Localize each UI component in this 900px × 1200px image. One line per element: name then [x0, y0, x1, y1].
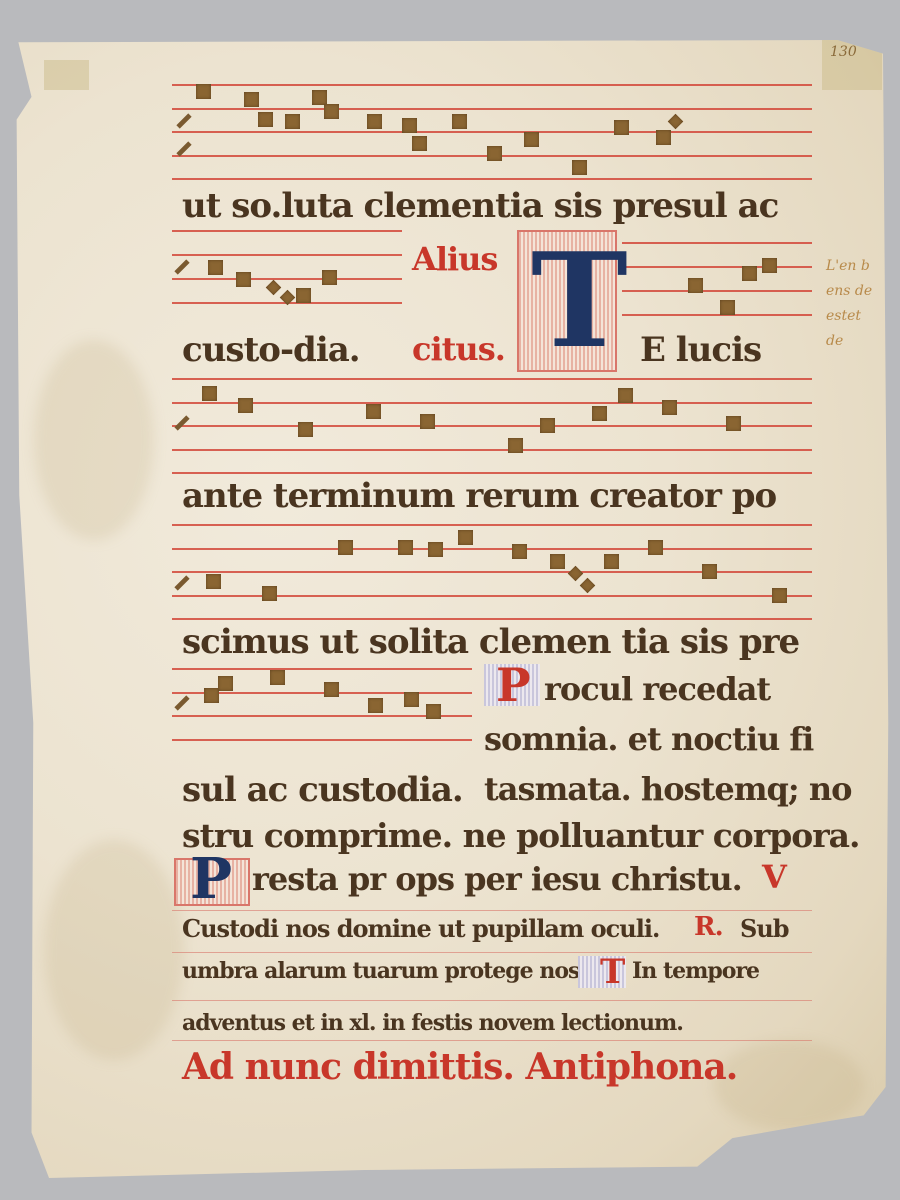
initial-letter: T — [531, 224, 628, 377]
initial-letter: P — [190, 846, 232, 912]
music-staff — [172, 378, 812, 478]
text-line: Custodi nos domine ut pupillam oculi. — [182, 914, 659, 943]
versicle-symbol: V — [762, 858, 786, 896]
music-staff — [172, 524, 812, 624]
ruling-line — [172, 1040, 812, 1041]
lyric-line: somnia. et noctiu fi — [484, 720, 813, 758]
lyric-line: rocul recedat — [544, 670, 770, 708]
margin-note-line: ens de — [826, 279, 872, 304]
text-line: adventus et in xl. in festis novem lecti… — [182, 1010, 683, 1036]
lyric-line: sul ac custodia. — [182, 770, 463, 810]
lyric-line: ante terminum rerum creator po — [182, 476, 776, 516]
lyric-line: custo-dia. — [182, 330, 360, 370]
rubric-heading: Ad nunc dimittis. Antiphona. — [182, 1046, 737, 1088]
illuminated-initial-p: P — [174, 858, 250, 906]
margin-note-line: de — [826, 329, 872, 354]
lyric-line: stru comprime. ne polluantur corpora. — [182, 816, 860, 855]
ruling-line — [172, 1000, 812, 1001]
ruling-line — [172, 952, 812, 953]
lyric-line: tasmata. hostemq; no — [484, 770, 851, 808]
lyric-line: scimus ut solita clemen tia sis pre — [182, 622, 799, 662]
text-line: Sub — [740, 914, 789, 943]
music-staff — [172, 668, 472, 748]
initial-letter: T — [600, 952, 625, 992]
initial-letter: P — [496, 658, 531, 712]
illuminated-initial-t: T — [517, 230, 617, 372]
response-symbol: R. — [694, 912, 723, 942]
rubric-text: Alius — [412, 240, 497, 278]
ruling-line — [172, 910, 812, 911]
lyric-line: ut so.luta clementia sis presul ac — [182, 186, 778, 226]
lyric-line: resta pr ops per iesu christu. — [252, 860, 742, 898]
margin-note-line: L'en b — [826, 254, 872, 279]
rubric-text: citus. — [412, 330, 505, 368]
margin-note-line: estet — [826, 304, 872, 329]
text-line: umbra alarum tuarum protege nos. — [182, 958, 586, 984]
stain — [44, 840, 184, 1060]
margin-annotation: L'en b ens de estet de — [826, 254, 872, 354]
text-line: In tempore — [632, 958, 759, 984]
decorated-initial-p: P — [484, 664, 540, 706]
music-staff — [172, 84, 812, 184]
folio-number: 130 — [830, 44, 857, 60]
paper-patch — [44, 60, 89, 90]
stain — [34, 340, 154, 540]
decorated-initial-t: T — [578, 956, 626, 988]
lyric-line: E lucis — [640, 330, 761, 370]
